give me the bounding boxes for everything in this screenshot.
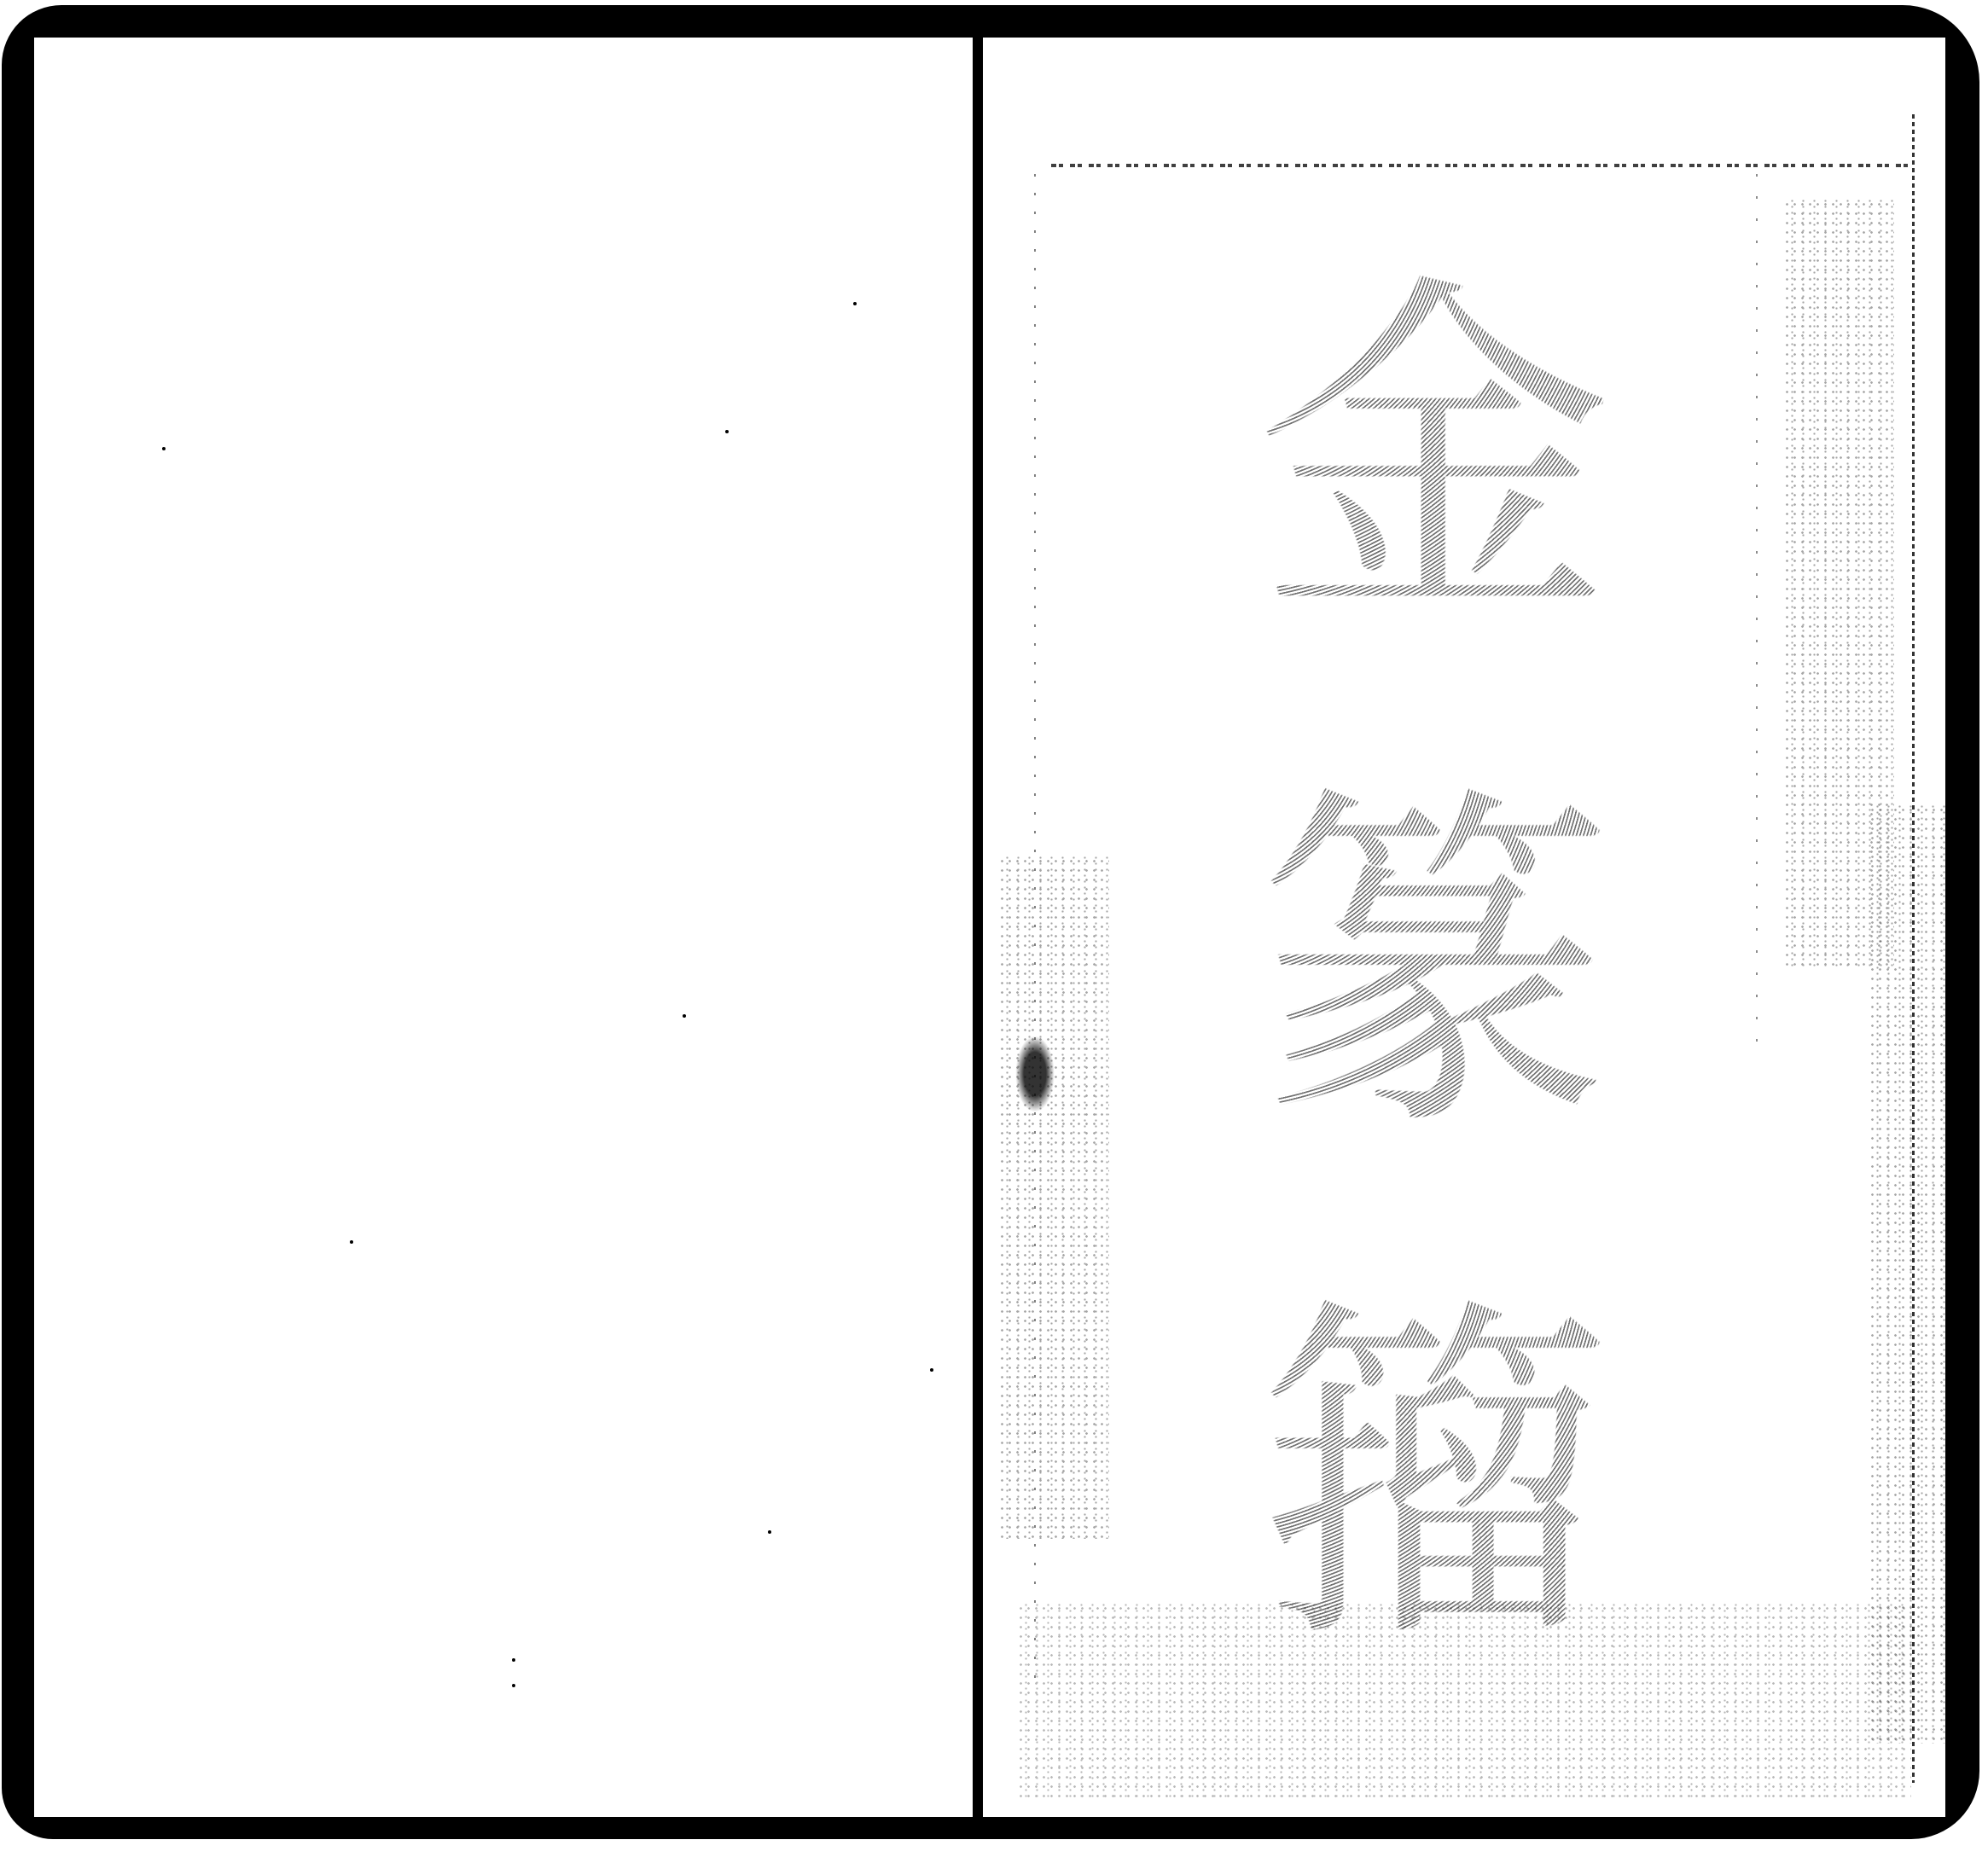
right-edge-text-column	[1869, 805, 1945, 1744]
left-page-blank	[34, 38, 979, 1817]
ink-speck	[768, 1530, 771, 1534]
right-title-page: 金 篆 籀	[983, 38, 1945, 1817]
ink-speck	[162, 447, 166, 450]
bottom-text-strip	[1017, 1604, 1911, 1800]
title-char-1: 金	[1196, 200, 1674, 711]
vertical-title: 金 篆 籀	[1196, 200, 1674, 1735]
title-char-2: 篆	[1196, 711, 1674, 1223]
scanned-book-spread: 金 篆 籀	[0, 0, 1988, 1863]
right-column-rule	[1756, 174, 1758, 1049]
left-side-text-column	[998, 856, 1109, 1539]
ink-speck	[683, 1014, 686, 1018]
ink-speck	[350, 1240, 353, 1244]
ink-speck	[512, 1684, 515, 1687]
ink-blot	[1015, 1036, 1055, 1112]
ink-speck	[853, 302, 857, 305]
ink-speck	[512, 1658, 515, 1662]
ink-speck	[930, 1368, 933, 1372]
top-border-rule	[1051, 164, 1911, 167]
center-gutter-line	[973, 34, 983, 1819]
ink-speck	[725, 430, 729, 433]
